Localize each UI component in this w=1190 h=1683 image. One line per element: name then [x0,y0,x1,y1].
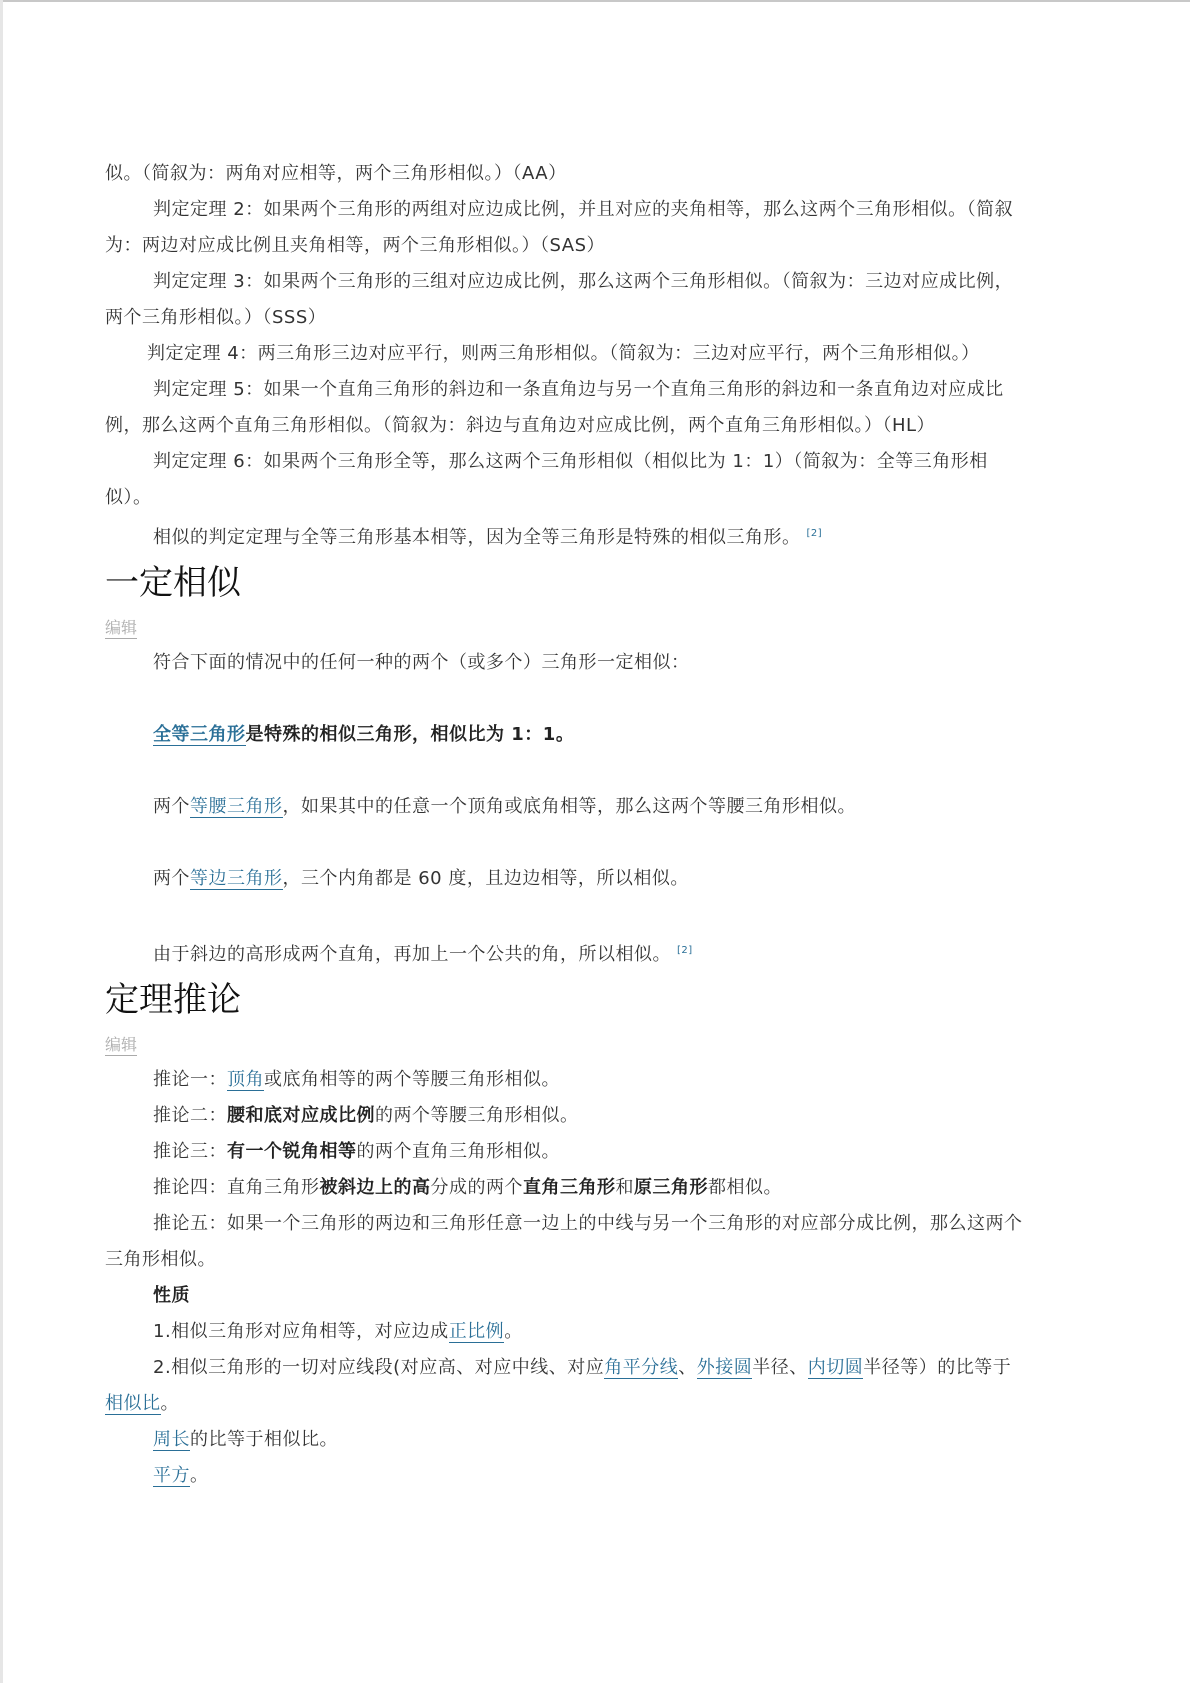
property-text: 半径、 [752,1357,808,1378]
corollary-label: 推论四：直角三角形 [153,1177,320,1198]
link-perimeter[interactable]: 周长 [153,1429,190,1451]
case-text: 是特殊的相似三角形，相似比为 1：1。 [246,724,575,745]
property-text: 2.相似三角形的一切对应线段(对应高、对应中线、对应 [153,1357,604,1378]
corollary-label: 推论二： [153,1105,227,1126]
edit-link[interactable]: 编辑 [105,618,137,639]
corollary-text: 都相似。 [708,1177,782,1198]
bold-text: 直角三角形 [523,1177,616,1198]
link-equilateral-triangle[interactable]: 等边三角形 [190,868,283,890]
page-top-border [0,0,1190,2]
summary-text: 相似的判定定理与全等三角形基本相等，因为全等三角形是特殊的相似三角形。 [153,527,801,548]
paragraph-theorem-3: 判定定理 3：如果两个三角形的三组对应边成比例，那么这两个三角形相似。（简叙为：… [105,264,1025,336]
link-similarity-ratio[interactable]: 相似比 [105,1393,161,1415]
property-1: 1.相似三角形对应角相等，对应边成正比例。 [105,1314,1025,1350]
case-congruent: 全等三角形是特殊的相似三角形，相似比为 1：1。 [105,717,1025,753]
reference-link[interactable]: [2] [677,945,693,956]
property-text: 。 [504,1321,523,1342]
property-text: 。 [190,1465,209,1486]
reference-link[interactable]: [2] [807,528,823,539]
bold-text: 腰和底对应成比例 [227,1105,375,1126]
corollary-label: 推论三： [153,1141,227,1162]
corollary-text: 分成的两个 [431,1177,524,1198]
property-3: 周长的比等于相似比。 [105,1422,1025,1458]
property-2: 2.相似三角形的一切对应线段(对应高、对应中线、对应角平分线、外接圆半径、内切圆… [105,1350,1025,1422]
paragraph-theorem-6: 判定定理 6：如果两个三角形全等，那么这两个三角形相似（相似比为 1：1）（简叙… [105,444,1025,516]
corollary-label: 推论一： [153,1069,227,1090]
case-text: ，三个内角都是 60 度，且边边相等，所以相似。 [283,868,689,889]
link-isosceles-triangle[interactable]: 等腰三角形 [190,796,283,818]
case-prefix: 两个 [153,868,190,889]
corollary-text: 或底角相等的两个等腰三角形相似。 [264,1069,560,1090]
link-direct-proportion[interactable]: 正比例 [449,1321,505,1343]
properties-title: 性质 [105,1278,1025,1314]
paragraph-theorem-5: 判定定理 5：如果一个直角三角形的斜边和一条直角边与另一个直角三角形的斜边和一条… [105,372,1025,444]
corollary-4: 推论四：直角三角形被斜边上的高分成的两个直角三角形和原三角形都相似。 [105,1170,1025,1206]
link-square[interactable]: 平方 [153,1465,190,1487]
bold-text: 原三角形 [634,1177,708,1198]
link-incircle[interactable]: 内切圆 [808,1357,864,1379]
corollary-text: 和 [616,1177,635,1198]
property-text: 、 [678,1357,697,1378]
case-altitude: 由于斜边的高形成两个直角，再加上一个公共的角，所以相似。[2] [105,933,1025,973]
link-circumcircle[interactable]: 外接圆 [697,1357,753,1379]
corollary-1: 推论一：顶角或底角相等的两个等腰三角形相似。 [105,1062,1025,1098]
bold-text: 被斜边上的高 [320,1177,431,1198]
page-left-border [0,0,3,1683]
corollary-3: 推论三：有一个锐角相等的两个直角三角形相似。 [105,1134,1025,1170]
intro-paragraph: 符合下面的情况中的任何一种的两个（或多个）三角形一定相似： [105,645,1025,681]
property-text: 的比等于相似比。 [190,1429,338,1450]
paragraph-summary: 相似的判定定理与全等三角形基本相等，因为全等三角形是特殊的相似三角形。[2] [105,516,1025,556]
heading-certain-similar: 一定相似 [105,560,1025,606]
property-4: 平方。 [105,1458,1025,1494]
corollary-2: 推论二：腰和底对应成比例的两个等腰三角形相似。 [105,1098,1025,1134]
corollary-text: 的两个直角三角形相似。 [357,1141,561,1162]
property-text: 1.相似三角形对应角相等，对应边成 [153,1321,449,1342]
bold-text: 有一个锐角相等 [227,1141,357,1162]
heading-corollaries: 定理推论 [105,977,1025,1023]
edit-link[interactable]: 编辑 [105,1035,137,1056]
link-congruent-triangle[interactable]: 全等三角形 [153,724,246,746]
case-equilateral: 两个等边三角形，三个内角都是 60 度，且边边相等，所以相似。 [105,861,1025,897]
case-isosceles: 两个等腰三角形，如果其中的任意一个顶角或底角相等，那么这两个等腰三角形相似。 [105,789,1025,825]
link-vertex-angle[interactable]: 顶角 [227,1069,264,1091]
property-text: 。 [161,1393,180,1414]
case-prefix: 两个 [153,796,190,817]
paragraph-aa: 似。（简叙为：两角对应相等，两个三角形相似。）（AA） [105,156,1025,192]
corollary-5: 推论五：如果一个三角形的两边和三角形任意一边上的中线与另一个三角形的对应部分成比… [105,1206,1025,1278]
link-angle-bisector[interactable]: 角平分线 [604,1357,678,1379]
document-page: 似。（简叙为：两角对应相等，两个三角形相似。）（AA） 判定定理 2：如果两个三… [105,156,1025,1494]
case-text: ，如果其中的任意一个顶角或底角相等，那么这两个等腰三角形相似。 [283,796,857,817]
paragraph-theorem-2: 判定定理 2：如果两个三角形的两组对应边成比例，并且对应的夹角相等，那么这两个三… [105,192,1025,264]
corollary-text: 的两个等腰三角形相似。 [375,1105,579,1126]
property-text: 半径等）的比等于 [863,1357,1011,1378]
case-text: 由于斜边的高形成两个直角，再加上一个公共的角，所以相似。 [153,944,671,965]
paragraph-theorem-4: 判定定理 4：两三角形三边对应平行，则两三角形相似。（简叙为：三边对应平行，两个… [105,336,1025,372]
